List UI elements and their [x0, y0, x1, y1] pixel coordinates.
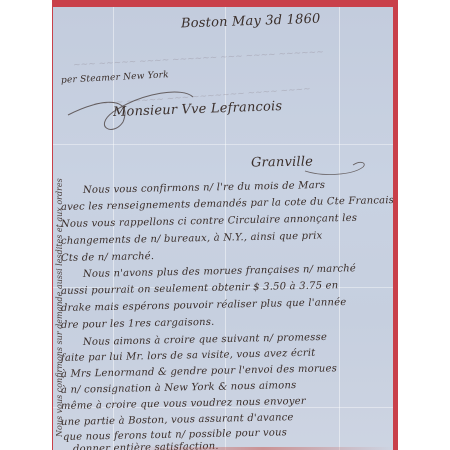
letter-line: aussi pourrait on seulement obtenir $ 3.…: [61, 280, 339, 297]
letter-line: Cts de n/ marché.: [61, 251, 154, 264]
letter-line: à n/ consignation à New York & nous aimo…: [61, 380, 297, 396]
letter-line: même à croire que vous voudrez nous envo…: [61, 396, 306, 412]
letter-line: Nous vous confirmons n/ l're du mois de …: [83, 180, 325, 196]
letter-line: Nous n'avons plus des morues françaises …: [83, 263, 356, 280]
letter-line: faite par lui Mr. lors de sa visite, vou…: [61, 348, 316, 364]
fold-crease: [339, 7, 340, 450]
letter-line: que nous ferons tout n/ possible pour vo…: [63, 427, 287, 443]
underline-flourish: [303, 157, 373, 182]
letter-line: à Mrs Lenormand & gendre pour l'envoi de…: [61, 363, 337, 380]
fold-crease: [53, 144, 393, 145]
letter-line: dre pour les 1res cargaisons.: [61, 317, 215, 331]
dateline: Boston May 3d 1860: [181, 12, 321, 32]
letter-line: Nous vous rappellons ci contre Circulair…: [61, 213, 357, 230]
letter-line: une partie à Boston, vous assurant d'ava…: [61, 412, 294, 428]
letter-line: avec les renseignements demandés par la …: [61, 195, 393, 213]
bleed-through-text: ~~~ ~~~~~ ~~~~ ~~~~~~ ~~~ ~~~~ ~~~~~~: [73, 47, 324, 70]
letter-line: changements de n/ bureaux, à N.Y., ainsi…: [61, 231, 323, 247]
margin-note: Nous vous confirmons sur demande aussi l…: [55, 177, 67, 437]
letter-line: drake mais espérons pouvoir réaliser plu…: [61, 297, 347, 314]
letter-line: Nous aimons à croire que suivant n/ prom…: [83, 332, 327, 348]
letter-sheet: ~~~ ~~~~~ ~~~~ ~~~~~~ ~~~ ~~~~ ~~~~~~ ~~…: [53, 7, 393, 450]
